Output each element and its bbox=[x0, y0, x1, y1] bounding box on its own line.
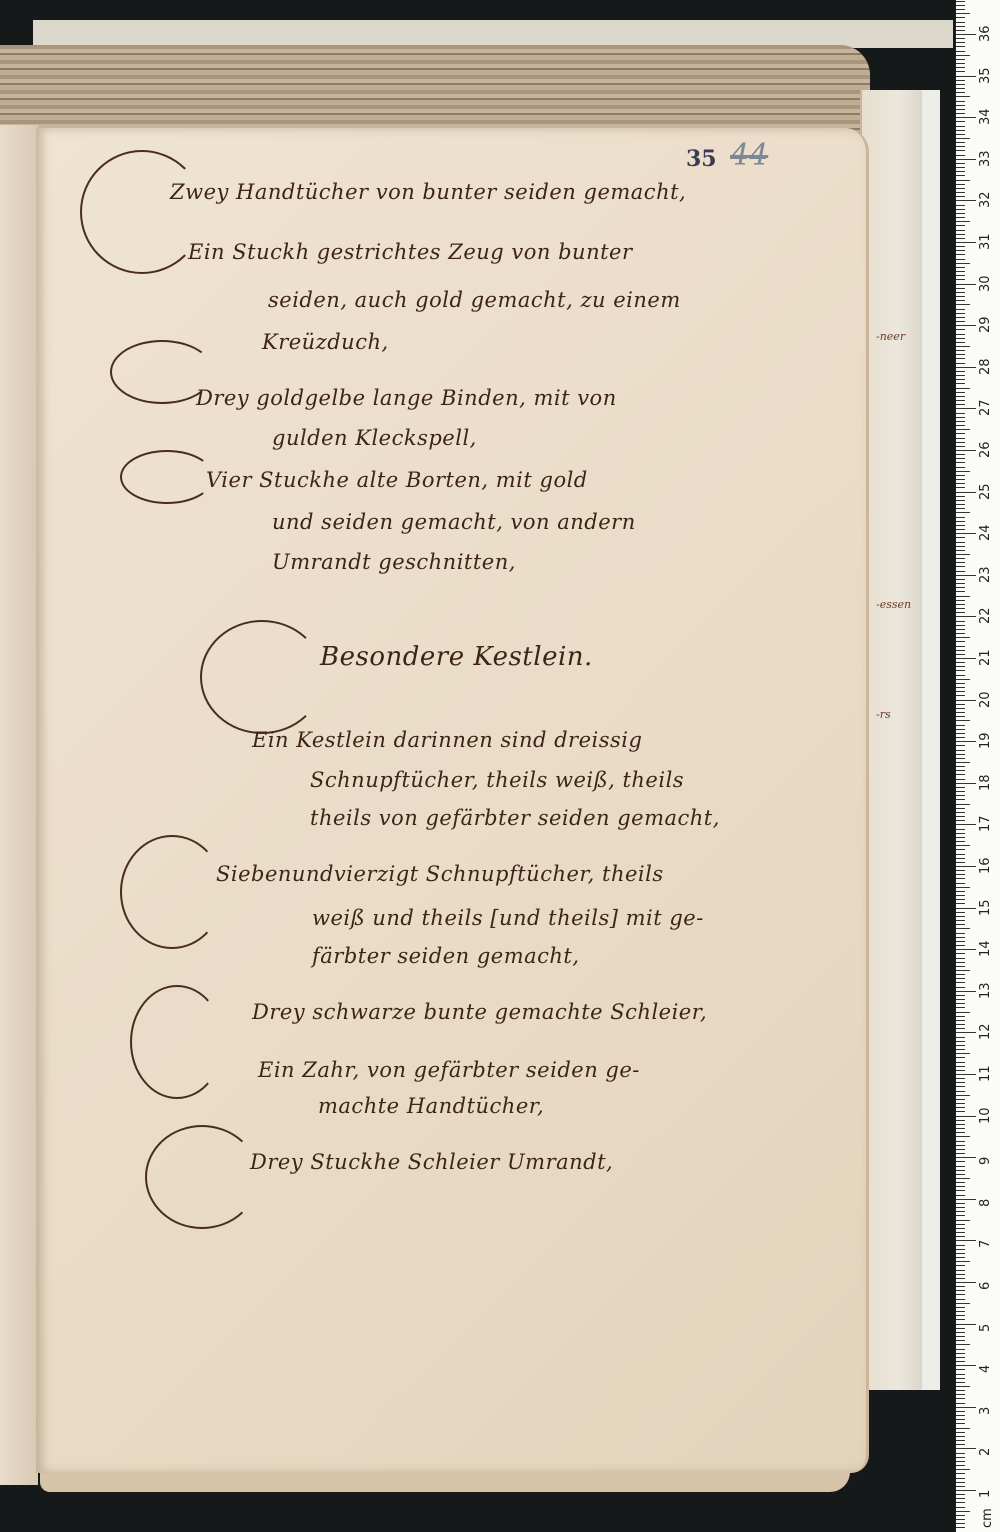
ruler-label: 6 bbox=[978, 1282, 993, 1290]
ruler-tick bbox=[956, 313, 965, 314]
ruler-tick bbox=[956, 937, 965, 938]
ruler-tick bbox=[956, 34, 976, 35]
ruler-tick bbox=[956, 716, 965, 717]
ruler-tick bbox=[956, 537, 965, 538]
ruler-tick bbox=[956, 1062, 965, 1063]
ruler-tick bbox=[956, 1290, 965, 1291]
ruler-tick bbox=[956, 279, 965, 280]
ruler-tick bbox=[956, 820, 965, 821]
ruler-label: 20 bbox=[978, 691, 993, 708]
ruler-tick bbox=[956, 779, 965, 780]
ruler-tick bbox=[956, 949, 976, 950]
ruler-tick bbox=[956, 612, 965, 613]
ruler-tick bbox=[956, 616, 976, 617]
ruler-tick bbox=[956, 895, 965, 896]
ruler-tick bbox=[956, 1257, 965, 1258]
ruler-label: 23 bbox=[978, 566, 993, 583]
ruler-tick bbox=[956, 408, 976, 409]
ruler-tick bbox=[956, 1141, 965, 1142]
ruler-tick bbox=[956, 525, 965, 526]
ruler-tick bbox=[956, 221, 970, 222]
ruler-tick bbox=[956, 987, 965, 988]
ruler-tick bbox=[956, 1041, 965, 1042]
ruler-tick bbox=[956, 1374, 965, 1375]
ruler-tick bbox=[956, 338, 965, 339]
ruler-tick bbox=[956, 982, 965, 983]
margin-note: -neer bbox=[876, 330, 905, 343]
text-line: gulden Kleckspell, bbox=[272, 426, 477, 450]
top-paper-slip bbox=[33, 20, 953, 48]
ruler-tick bbox=[956, 1224, 965, 1225]
text-line: Vier Stuckhe alte Borten, mit gold bbox=[206, 468, 588, 492]
ruler-tick bbox=[956, 887, 970, 888]
ruler-tick bbox=[956, 1190, 965, 1191]
ruler-tick bbox=[956, 1132, 965, 1133]
ruler-tick bbox=[956, 354, 965, 355]
ruler-tick bbox=[956, 621, 965, 622]
ruler-tick bbox=[956, 1111, 965, 1112]
ruler-tick bbox=[956, 1186, 965, 1187]
ruler-tick bbox=[956, 150, 965, 151]
ruler-tick bbox=[956, 96, 970, 97]
ruler-tick bbox=[956, 683, 965, 684]
ruler-tick bbox=[956, 883, 965, 884]
old-folio-number: 44 bbox=[730, 138, 768, 173]
ruler-tick bbox=[956, 1220, 970, 1221]
ruler-tick bbox=[956, 799, 965, 800]
ruler-tick bbox=[956, 400, 965, 401]
ruler-tick bbox=[956, 375, 965, 376]
ruler-tick bbox=[956, 550, 965, 551]
ruler-tick bbox=[956, 413, 965, 414]
ruler-tick bbox=[956, 579, 965, 580]
text-line: und seiden gemacht, von andern bbox=[272, 510, 636, 534]
text-line: Drey schwarze bunte gemachte Schleier, bbox=[252, 1000, 707, 1024]
ruler-tick bbox=[956, 500, 965, 501]
ruler-tick bbox=[956, 42, 965, 43]
ruler-tick bbox=[956, 1324, 976, 1325]
ruler-label: 25 bbox=[978, 483, 993, 500]
ruler-tick bbox=[956, 271, 965, 272]
ruler-tick bbox=[956, 9, 965, 10]
ruler-tick bbox=[956, 908, 976, 909]
text-line: färbter seiden gemacht, bbox=[312, 944, 580, 968]
ruler-tick bbox=[956, 325, 976, 326]
ruler-tick bbox=[956, 974, 965, 975]
ruler-tick bbox=[956, 1482, 965, 1483]
ruler-tick bbox=[956, 462, 965, 463]
ruler-tick bbox=[956, 1369, 965, 1370]
ruler-tick bbox=[956, 958, 965, 959]
ruler-tick bbox=[956, 479, 965, 480]
ruler-tick bbox=[956, 1107, 965, 1108]
ruler-tick bbox=[956, 737, 965, 738]
ruler-tick bbox=[956, 1270, 965, 1271]
ruler-tick bbox=[956, 762, 970, 763]
side-paper-slip bbox=[922, 90, 940, 1390]
ruler-tick bbox=[956, 641, 965, 642]
text-line: Siebenundvierzigt Schnupftücher, theils bbox=[216, 862, 664, 886]
ruler-tick bbox=[956, 1057, 965, 1058]
ruler-tick bbox=[956, 966, 965, 967]
ruler-tick bbox=[956, 874, 965, 875]
book-top-edge bbox=[0, 45, 870, 133]
initial-flourish-icon bbox=[130, 985, 224, 1099]
ruler-tick bbox=[956, 142, 965, 143]
margin-note: -rs bbox=[876, 708, 891, 721]
ruler-tick bbox=[956, 1024, 965, 1025]
ruler-label: 15 bbox=[978, 899, 993, 916]
ruler-tick bbox=[956, 970, 970, 971]
ruler-tick bbox=[956, 1120, 965, 1121]
ruler-tick bbox=[956, 180, 970, 181]
ruler-tick bbox=[956, 121, 965, 122]
measurement-ruler: 1234567891011121314151617181920212223242… bbox=[955, 0, 1000, 1532]
ruler-tick bbox=[956, 903, 965, 904]
ruler-tick bbox=[956, 695, 965, 696]
ruler-tick bbox=[956, 1070, 965, 1071]
ruler-tick bbox=[956, 991, 976, 992]
ruler-tick bbox=[956, 1448, 976, 1449]
ruler-tick bbox=[956, 899, 965, 900]
ruler-tick bbox=[956, 1394, 965, 1395]
ruler-tick bbox=[956, 230, 965, 231]
ruler-tick bbox=[956, 1502, 965, 1503]
ruler-tick bbox=[956, 1473, 965, 1474]
ruler-tick bbox=[956, 284, 976, 285]
ruler-tick bbox=[956, 22, 965, 23]
ruler-tick bbox=[956, 1353, 965, 1354]
ruler-tick bbox=[956, 275, 965, 276]
text-line: Umrandt geschnitten, bbox=[272, 550, 516, 574]
ruler-tick bbox=[956, 163, 965, 164]
initial-flourish-icon bbox=[80, 150, 204, 274]
ruler-tick bbox=[956, 363, 965, 364]
ruler-tick bbox=[956, 292, 965, 293]
text-line: Ein Stuckh gestrichtes Zeug von bunter bbox=[188, 240, 633, 264]
ruler-tick bbox=[956, 941, 965, 942]
ruler-tick bbox=[956, 346, 970, 347]
ruler-tick bbox=[956, 259, 965, 260]
text-line: theils von gefärbter seiden gemacht, bbox=[310, 806, 720, 830]
ruler-label: 32 bbox=[978, 192, 993, 209]
ruler-tick bbox=[956, 1469, 970, 1470]
initial-flourish-icon bbox=[200, 620, 324, 734]
ruler-tick bbox=[956, 1078, 965, 1079]
ruler-tick bbox=[956, 787, 965, 788]
ruler-tick bbox=[956, 309, 965, 310]
ruler-tick bbox=[956, 1299, 965, 1300]
ruler-label: 1 bbox=[978, 1490, 993, 1498]
ruler-tick bbox=[956, 450, 976, 451]
ruler-tick bbox=[956, 1170, 965, 1171]
ruler-label: 17 bbox=[978, 816, 993, 833]
ruler-tick bbox=[956, 200, 976, 201]
ruler-tick bbox=[956, 1419, 965, 1420]
ruler-tick bbox=[956, 1228, 965, 1229]
ruler-tick bbox=[956, 878, 965, 879]
ruler-tick bbox=[956, 84, 965, 85]
ruler-tick bbox=[956, 1012, 970, 1013]
ruler-tick bbox=[956, 1174, 965, 1175]
ruler-tick bbox=[956, 225, 965, 226]
ruler-tick bbox=[956, 829, 965, 830]
ruler-tick bbox=[956, 317, 965, 318]
ruler-tick bbox=[956, 1494, 965, 1495]
ruler-tick bbox=[956, 720, 970, 721]
ruler-tick bbox=[956, 267, 965, 268]
ruler-tick bbox=[956, 1028, 965, 1029]
ruler-tick bbox=[956, 1274, 965, 1275]
ruler-tick bbox=[956, 417, 965, 418]
ruler-tick bbox=[956, 854, 965, 855]
ruler-tick bbox=[956, 529, 965, 530]
ruler-tick bbox=[956, 571, 965, 572]
ruler-tick bbox=[956, 192, 965, 193]
ruler-tick bbox=[956, 679, 970, 680]
ruler-tick bbox=[956, 159, 976, 160]
ruler-tick bbox=[956, 1066, 965, 1067]
ruler-tick bbox=[956, 1453, 965, 1454]
ruler-tick bbox=[956, 171, 965, 172]
ruler-tick bbox=[956, 1232, 965, 1233]
ruler-tick bbox=[956, 1311, 965, 1312]
ruler-tick bbox=[956, 866, 976, 867]
ruler-tick bbox=[956, 575, 976, 576]
ruler-tick bbox=[956, 891, 965, 892]
ruler-tick bbox=[956, 1436, 965, 1437]
ruler-tick bbox=[956, 1045, 965, 1046]
ruler-label: 34 bbox=[978, 109, 993, 126]
ruler-tick bbox=[956, 1315, 965, 1316]
ruler-label: 28 bbox=[978, 358, 993, 375]
ruler-tick bbox=[956, 1016, 965, 1017]
ruler-tick bbox=[956, 1361, 965, 1362]
ruler-tick bbox=[956, 1282, 976, 1283]
ruler-tick bbox=[956, 1, 965, 2]
ruler-tick bbox=[956, 766, 965, 767]
ruler-tick bbox=[956, 1523, 965, 1524]
ruler-tick bbox=[956, 816, 965, 817]
ruler-tick bbox=[956, 924, 965, 925]
ruler-tick bbox=[956, 1403, 965, 1404]
ruler-tick bbox=[956, 741, 976, 742]
ruler-tick bbox=[956, 1382, 965, 1383]
ruler-tick bbox=[956, 1440, 965, 1441]
ruler-tick bbox=[956, 421, 965, 422]
ruler-tick bbox=[956, 1498, 965, 1499]
ruler-label: 10 bbox=[978, 1107, 993, 1124]
ruler-tick bbox=[956, 334, 965, 335]
ruler-tick bbox=[956, 1398, 965, 1399]
ruler-tick bbox=[956, 658, 976, 659]
ruler-tick bbox=[956, 1461, 965, 1462]
ruler-label: 35 bbox=[978, 67, 993, 84]
ruler-tick bbox=[956, 263, 970, 264]
ruler-tick bbox=[956, 1415, 965, 1416]
ruler-tick bbox=[956, 1336, 965, 1337]
ruler-tick bbox=[956, 1340, 965, 1341]
ruler-tick bbox=[956, 670, 965, 671]
ruler-tick bbox=[956, 712, 965, 713]
ruler-tick bbox=[956, 629, 965, 630]
ruler-tick bbox=[956, 1145, 965, 1146]
text-line: weiß und theils [und theils] mit ge- bbox=[312, 906, 704, 930]
ruler-tick bbox=[956, 912, 965, 913]
ruler-tick bbox=[956, 546, 965, 547]
ruler-tick bbox=[956, 916, 965, 917]
ruler-tick bbox=[956, 650, 965, 651]
ruler-tick bbox=[956, 862, 965, 863]
ruler-tick bbox=[956, 1511, 970, 1512]
ruler-tick bbox=[956, 392, 965, 393]
ruler-tick bbox=[956, 933, 965, 934]
ruler-tick bbox=[956, 1103, 965, 1104]
ruler-tick bbox=[956, 51, 965, 52]
ruler-tick bbox=[956, 155, 965, 156]
ruler-tick bbox=[956, 675, 965, 676]
ruler-tick bbox=[956, 1007, 965, 1008]
ruler-tick bbox=[956, 1095, 970, 1096]
ruler-tick bbox=[956, 583, 965, 584]
ruler-tick bbox=[956, 38, 965, 39]
ruler-tick bbox=[956, 1166, 965, 1167]
ruler-tick bbox=[956, 521, 965, 522]
ruler-label: 3 bbox=[978, 1407, 993, 1415]
ruler-tick bbox=[956, 783, 976, 784]
ruler-label: 27 bbox=[978, 400, 993, 417]
ruler-tick bbox=[956, 1240, 976, 1241]
ruler-tick bbox=[956, 804, 970, 805]
text-line: Drey goldgelbe lange Binden, mit von bbox=[196, 386, 617, 410]
ruler-tick bbox=[956, 1515, 965, 1516]
ruler-tick bbox=[956, 438, 965, 439]
ruler-tick bbox=[956, 1153, 965, 1154]
ruler-tick bbox=[956, 1207, 965, 1208]
ruler-tick bbox=[956, 849, 965, 850]
ruler-tick bbox=[956, 591, 965, 592]
ruler-tick bbox=[956, 458, 965, 459]
ruler-tick bbox=[956, 953, 965, 954]
ruler-tick bbox=[956, 1049, 965, 1050]
ruler-label: 13 bbox=[978, 982, 993, 999]
ruler-tick bbox=[956, 1407, 976, 1408]
ruler-tick bbox=[956, 446, 965, 447]
ruler-tick bbox=[956, 1195, 965, 1196]
ruler-tick bbox=[956, 1037, 965, 1038]
initial-flourish-icon bbox=[120, 450, 214, 504]
ruler-tick bbox=[956, 130, 965, 131]
ruler-tick bbox=[956, 691, 965, 692]
ruler-tick bbox=[956, 600, 965, 601]
ruler-tick bbox=[956, 475, 965, 476]
text-line: Ein Kestlein darinnen sind dreissig bbox=[252, 728, 642, 752]
ruler-tick bbox=[956, 774, 965, 775]
ruler-label: 33 bbox=[978, 150, 993, 167]
ruler-tick bbox=[956, 654, 965, 655]
ruler-tick bbox=[956, 604, 965, 605]
ruler-tick bbox=[956, 138, 970, 139]
ruler-tick bbox=[956, 808, 965, 809]
ruler-tick bbox=[956, 492, 976, 493]
ruler-tick bbox=[956, 562, 965, 563]
ruler-tick bbox=[956, 928, 970, 929]
ruler-unit-label: cm bbox=[980, 1508, 995, 1528]
ruler-tick bbox=[956, 184, 965, 185]
ruler-tick bbox=[956, 1365, 976, 1366]
ruler-tick bbox=[956, 454, 965, 455]
ruler-tick bbox=[956, 1086, 965, 1087]
ruler-tick bbox=[956, 46, 965, 47]
ruler-tick bbox=[956, 758, 965, 759]
ruler-tick bbox=[956, 304, 970, 305]
ruler-tick bbox=[956, 1386, 970, 1387]
ruler-tick bbox=[956, 687, 965, 688]
ruler-label: 26 bbox=[978, 441, 993, 458]
ruler-tick bbox=[956, 76, 976, 77]
ruler-tick bbox=[956, 113, 965, 114]
ruler-tick bbox=[956, 205, 965, 206]
ruler-tick bbox=[956, 188, 965, 189]
ruler-tick bbox=[956, 1357, 965, 1358]
ruler-tick bbox=[956, 288, 965, 289]
ruler-tick bbox=[956, 26, 965, 27]
ruler-label: 19 bbox=[978, 733, 993, 750]
ruler-tick bbox=[956, 71, 965, 72]
ruler-tick bbox=[956, 1053, 970, 1054]
ruler-tick bbox=[956, 841, 965, 842]
ruler-tick bbox=[956, 824, 976, 825]
ruler-tick bbox=[956, 1432, 965, 1433]
ruler-tick bbox=[956, 59, 965, 60]
ruler-tick bbox=[956, 1199, 976, 1200]
ruler-tick bbox=[956, 733, 965, 734]
ruler-tick bbox=[956, 1294, 965, 1295]
ruler-tick bbox=[956, 242, 976, 243]
left-page-edge bbox=[0, 125, 38, 1485]
ruler-tick bbox=[956, 637, 970, 638]
ruler-tick bbox=[956, 496, 965, 497]
ruler-tick bbox=[956, 101, 965, 102]
ruler-tick bbox=[956, 467, 965, 468]
ruler-tick bbox=[956, 504, 965, 505]
following-leaves bbox=[860, 90, 924, 1390]
ruler-tick bbox=[956, 5, 965, 6]
manuscript-page bbox=[36, 128, 869, 1473]
ruler-label: 21 bbox=[978, 649, 993, 666]
ruler-tick bbox=[956, 791, 965, 792]
ruler-tick bbox=[956, 217, 965, 218]
ruler-tick bbox=[956, 383, 965, 384]
folio-number: 35 bbox=[686, 146, 717, 172]
ruler-tick bbox=[956, 30, 965, 31]
ruler-tick bbox=[956, 1303, 970, 1304]
ruler-tick bbox=[956, 542, 965, 543]
ruler-tick bbox=[956, 442, 965, 443]
ruler-tick bbox=[956, 725, 965, 726]
ruler-tick bbox=[956, 1378, 965, 1379]
ruler-tick bbox=[956, 870, 965, 871]
ruler-tick bbox=[956, 625, 965, 626]
ruler-tick bbox=[956, 1128, 965, 1129]
ruler-tick bbox=[956, 209, 965, 210]
ruler-tick bbox=[956, 109, 965, 110]
ruler-tick bbox=[956, 666, 965, 667]
ruler-tick bbox=[956, 55, 970, 56]
ruler-tick bbox=[956, 1478, 965, 1479]
ruler-tick bbox=[956, 1091, 965, 1092]
ruler-tick bbox=[956, 1253, 965, 1254]
